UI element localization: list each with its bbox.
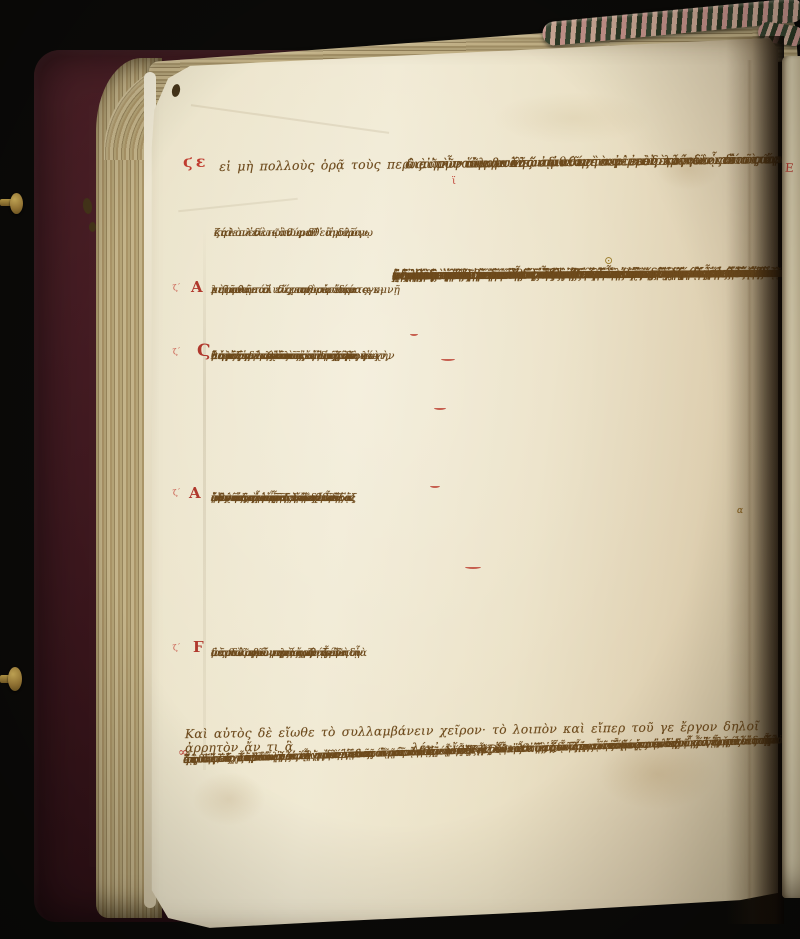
gutter-shadow — [726, 36, 784, 924]
parchment-stain — [492, 92, 652, 144]
rubric-tick — [430, 484, 440, 488]
chapter-marker-1: ζ΄ — [170, 283, 183, 292]
parchment-stain — [192, 772, 266, 826]
rubric-tick — [441, 357, 455, 361]
chapter-initial-1: Α — [191, 278, 203, 296]
manuscript-text-line: ζήτει ἐν τῷ θύραθεν δεῖ· — [214, 224, 358, 242]
manuscript-photo: ϛε ϊ ζ΄ Α ζ΄ Ϛ ζ΄ Α ζ΄ Ϝ ∞ ⊙ α εἰ μὴ πολ… — [0, 0, 800, 939]
clasp-pin-lower-icon — [8, 667, 22, 691]
manuscript-text-line: ἁπλοῖ δ᾽ αὐτοῖς τὴν χάριν — — [211, 348, 379, 366]
manuscript-text-line: μεῖναι πάλιν φανερά καί· — — [211, 282, 373, 300]
rubric-interlinear-mark: ϊ — [452, 176, 456, 187]
edge-fleck — [89, 222, 96, 232]
facing-page-rubric: Ε — [785, 161, 795, 176]
chapter-marker-4: ζ΄ — [170, 643, 183, 652]
manuscript-text-line: ἑαυτοὺς ληρ:· — [211, 490, 288, 506]
margin-crease — [203, 225, 206, 770]
rubric-heading-mark: ϛε — [183, 152, 208, 171]
rubric-tick — [465, 565, 481, 569]
manuscript-text-line: πᾶν ὁμοῦ· πλησμονῇ ἤ — [211, 645, 338, 661]
chapter-marker-2: ζ΄ — [170, 347, 183, 356]
rubric-tick — [410, 332, 418, 336]
chapter-initial-2: Ϛ — [197, 341, 211, 361]
chapter-initial-3: Α — [189, 484, 201, 502]
chapter-marker-3: ζ΄ — [170, 488, 183, 497]
rubric-tick — [434, 406, 446, 410]
facing-page-sliver — [782, 56, 800, 898]
clasp-pin-upper-icon — [10, 193, 23, 214]
chapter-initial-4: Ϝ — [193, 638, 204, 656]
